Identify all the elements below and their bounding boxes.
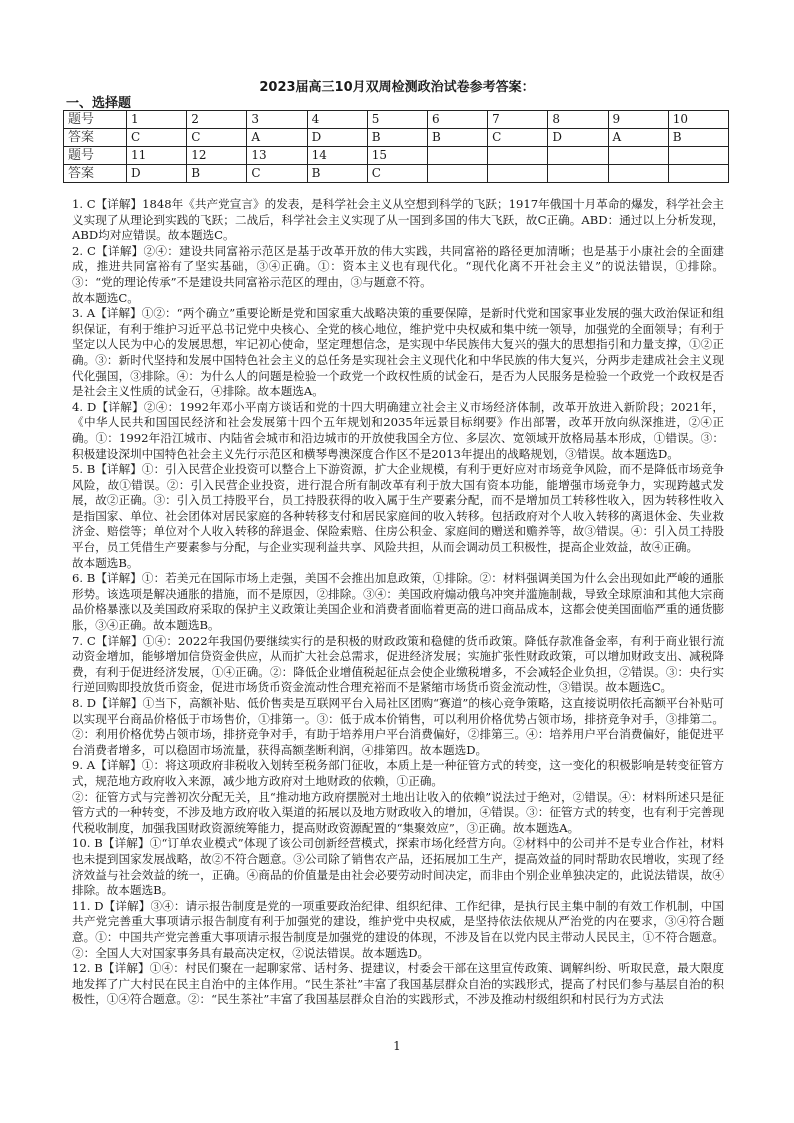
table-cell: 15	[367, 147, 427, 165]
table-cell: C	[127, 129, 187, 147]
explanations: 1. C【详解】1848年《共产党宣言》的发表，是科学社会主义从空想到科学的飞跃…	[72, 197, 724, 1008]
table-cell	[488, 165, 548, 183]
answer-table: 题号12345678910答案CCADBBCDAB题号1112131415答案D…	[63, 110, 729, 183]
table-cell: 9	[608, 111, 668, 129]
explanation-paragraph: 1. C【详解】1848年《共产党宣言》的发表，是科学社会主义从空想到科学的飞跃…	[72, 197, 724, 244]
table-cell: 1	[127, 111, 187, 129]
table-cell	[668, 147, 728, 165]
table-cell	[548, 165, 608, 183]
table-cell: 12	[187, 147, 247, 165]
section-heading: 一、选择题	[66, 92, 131, 111]
table-cell	[608, 165, 668, 183]
table-cell	[427, 147, 487, 165]
row-label: 答案	[64, 165, 127, 183]
table-cell: A	[247, 129, 307, 147]
table-cell	[668, 165, 728, 183]
table-cell: B	[427, 129, 487, 147]
table-cell: C	[488, 129, 548, 147]
table-cell: 5	[367, 111, 427, 129]
table-cell	[548, 147, 608, 165]
explanation-paragraph: 8. D【详解】①当下，高额补贴、低价售卖是互联网平台入局社区团购“赛道”的核心…	[72, 696, 724, 758]
table-cell: 2	[187, 111, 247, 129]
table-cell: C	[367, 165, 427, 183]
explanation-paragraph: 10. B【详解】①“订单农业模式”体现了该公司创新经营模式，探索市场化经营方向…	[72, 836, 724, 898]
explanation-paragraph: 9. A【详解】①：将这项政府非税收入划转至税务部门征收，本质上是一种征管方式的…	[72, 758, 724, 789]
table-cell: D	[307, 129, 367, 147]
row-label: 题号	[64, 147, 127, 165]
table-row: 题号1112131415	[64, 147, 729, 165]
table-row: 题号12345678910	[64, 111, 729, 129]
table-cell: B	[307, 165, 367, 183]
table-cell: 3	[247, 111, 307, 129]
table-row: 答案CCADBBCDAB	[64, 129, 729, 147]
explanation-paragraph: 11. D【详解】③④：请示报告制度是党的一项重要政治纪律、组织纪律、工作纪律，…	[72, 899, 724, 961]
table-cell: B	[367, 129, 427, 147]
table-cell: C	[247, 165, 307, 183]
table-cell	[488, 147, 548, 165]
explanation-paragraph: 5. B【详解】①：引入民营企业投资可以整合上下游资源，扩大企业规模，有利于更好…	[72, 462, 724, 556]
explanation-paragraph: 6. B【详解】①：若美元在国际市场上走强，美国不会推出加息政策，①排除。②：材…	[72, 571, 724, 633]
explanation-paragraph: 故本题选B。	[72, 556, 724, 572]
explanation-paragraph: 4. D【详解】②④：1992年邓小平南方谈话和党的十四大明确建立社会主义市场经…	[72, 400, 724, 462]
table-cell: 6	[427, 111, 487, 129]
page-number: 1	[0, 1039, 794, 1053]
explanation-paragraph: 2. C【详解】②④：建设共同富裕示范区是基于改革开放的伟大实践，共同富裕的路径…	[72, 244, 724, 291]
table-cell: B	[187, 165, 247, 183]
table-cell: 10	[668, 111, 728, 129]
table-cell: 11	[127, 147, 187, 165]
table-row: 答案DBCBC	[64, 165, 729, 183]
table-cell	[608, 147, 668, 165]
table-cell: A	[608, 129, 668, 147]
table-cell: 7	[488, 111, 548, 129]
explanation-paragraph: 12. B【详解】①④：村民们聚在一起聊家常、话村务、提建议，村委会干部在这里宣…	[72, 961, 724, 1008]
table-cell: 14	[307, 147, 367, 165]
table-cell: 13	[247, 147, 307, 165]
explanation-paragraph: 3. A【详解】①②：“两个确立”重要论断是党和国家重大战略决策的重要保障，是新…	[72, 306, 724, 400]
table-cell	[427, 165, 487, 183]
row-label: 答案	[64, 129, 127, 147]
table-cell: 8	[548, 111, 608, 129]
explanation-paragraph: ②：征管方式与完善初次分配无关，且“推动地方政府摆脱对土地出让收入的依赖”说法过…	[72, 790, 724, 837]
table-cell: 4	[307, 111, 367, 129]
table-cell: B	[668, 129, 728, 147]
explanation-paragraph: 7. C【详解】①④：2022年我国仍要继续实行的是积极的财政政策和稳健的货币政…	[72, 634, 724, 696]
table-cell: D	[548, 129, 608, 147]
row-label: 题号	[64, 111, 127, 129]
explanation-paragraph: 故本题选C。	[72, 291, 724, 307]
table-cell: C	[187, 129, 247, 147]
table-cell: D	[127, 165, 187, 183]
